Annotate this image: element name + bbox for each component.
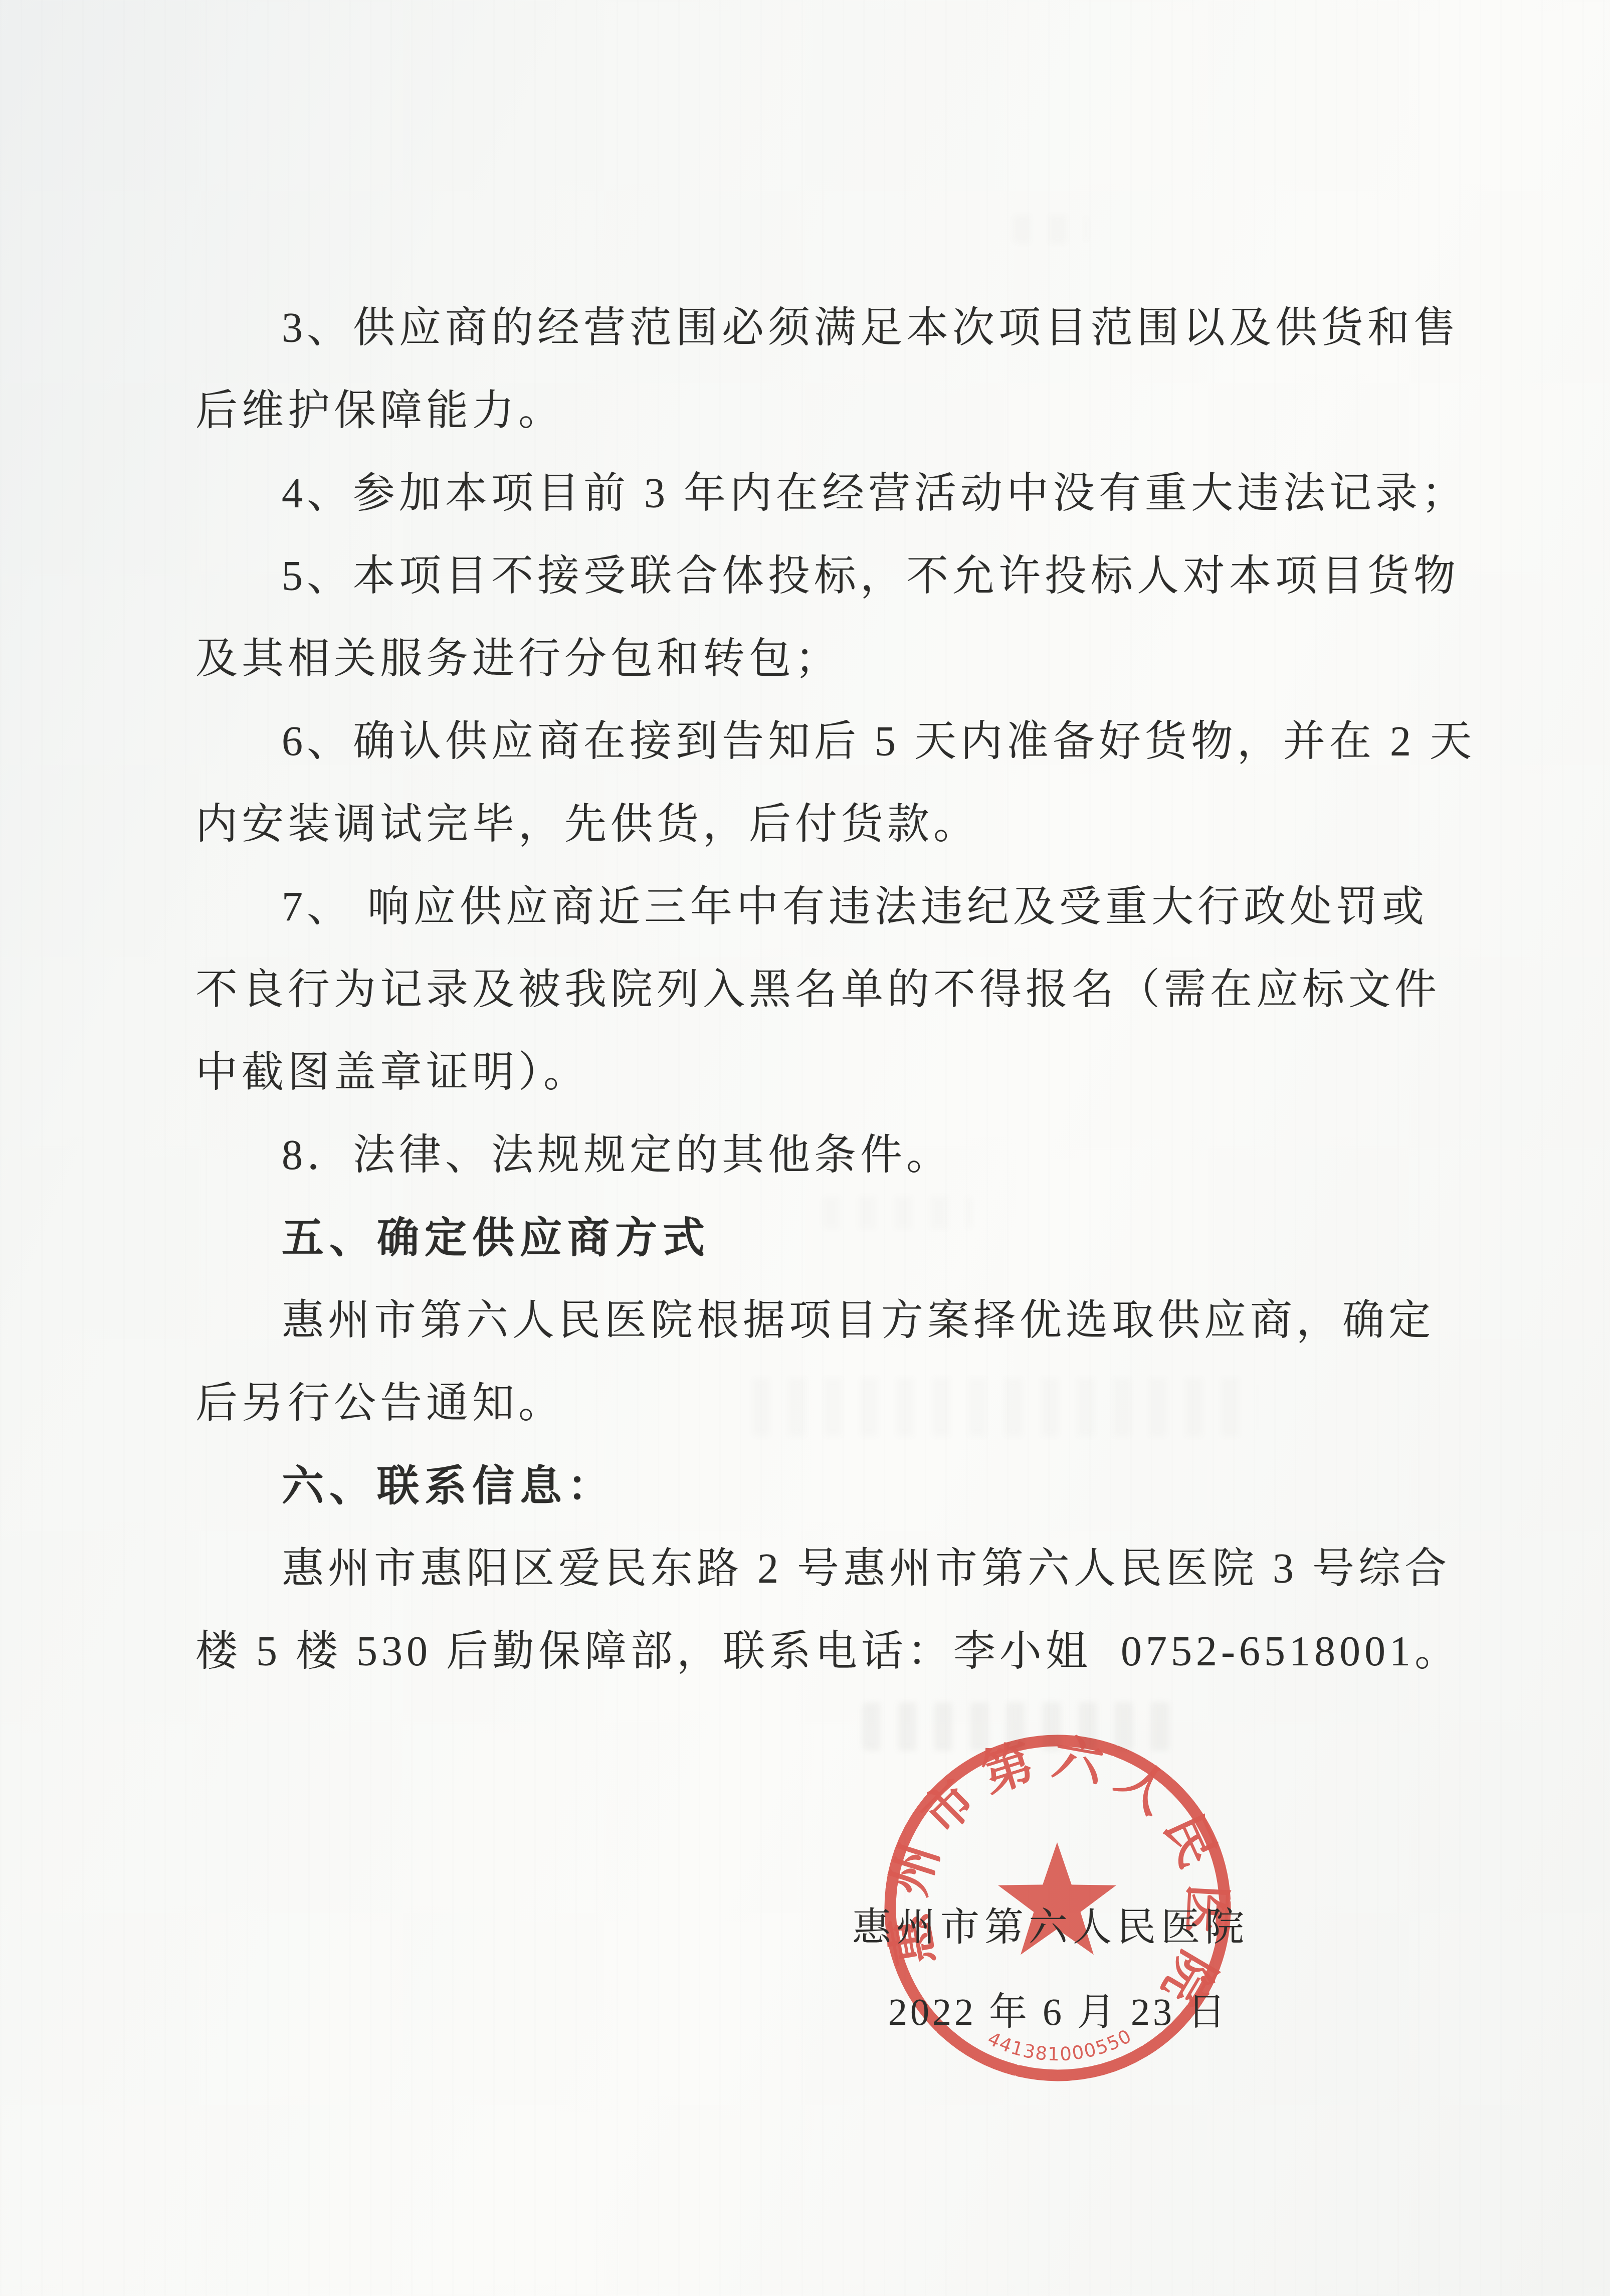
signature-org: 惠州市第六人民医院	[852, 1896, 1249, 1952]
scanned-document-page: 3、供应商的经营范围必须满足本次项目范围以及供货和售后维护保障能力。4、参加本项…	[0, 0, 1610, 2296]
document-line: 楼 5 楼 530 后勤保障部，联系电话：李小姐 0752-6518001。	[195, 1610, 1499, 1693]
signature-date: 2022 年 6 月 23 日	[888, 1981, 1229, 2036]
document-line: 5、本项目不接受联合体投标，不允许投标人对本项目货物	[195, 535, 1499, 618]
document-line: 6、确认供应商在接到告知后 5 天内准备好货物，并在 2 天	[195, 700, 1499, 783]
document-line: 惠州市惠阳区爱民东路 2 号惠州市第六人民医院 3 号综合	[195, 1527, 1499, 1610]
document-line: 后维护保障能力。	[195, 369, 1499, 452]
document-line: 3、供应商的经营范围必须满足本次项目范围以及供货和售	[195, 287, 1499, 369]
section-heading: 六、联系信息：	[195, 1445, 1499, 1527]
document-line: 8．法律、法规规定的其他条件。	[195, 1114, 1499, 1197]
document-line: 中截图盖章证明）。	[195, 1031, 1499, 1114]
document-line: 后另行公告通知。	[195, 1362, 1499, 1445]
document-line: 4、参加本项目前 3 年内在经营活动中没有重大违法记录；	[195, 452, 1499, 535]
document-line: 惠州市第六人民医院根据项目方案择优选取供应商，确定	[195, 1279, 1499, 1362]
bleedthrough-smudge	[1013, 215, 1088, 244]
paragraph-lines: 3、供应商的经营范围必须满足本次项目范围以及供货和售后维护保障能力。4、参加本项…	[195, 287, 1499, 1693]
document-line: 内安装调试完毕，先供货，后付货款。	[195, 783, 1499, 866]
document-line: 及其相关服务进行分包和转包；	[195, 618, 1499, 700]
section-heading: 五、确定供应商方式	[195, 1197, 1499, 1279]
document-line: 不良行为记录及被我院列入黑名单的不得报名（需在应标文件	[195, 948, 1499, 1031]
document-line: 7、 响应供应商近三年中有违法违纪及受重大行政处罚或	[195, 866, 1499, 948]
